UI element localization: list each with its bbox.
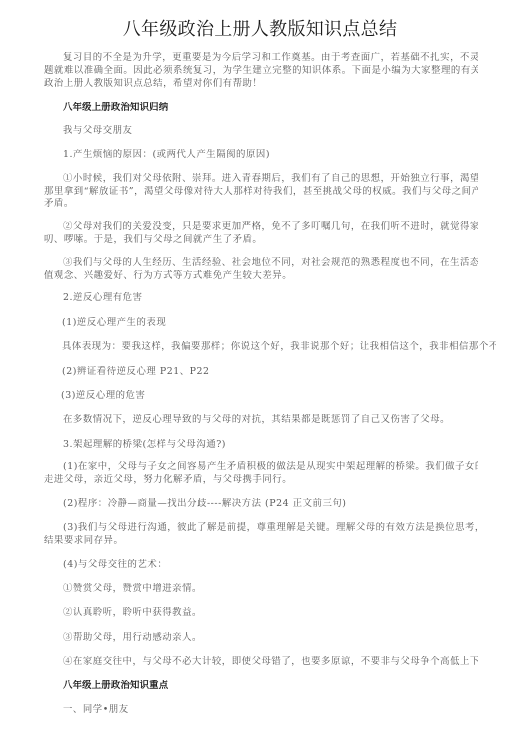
intro-line: 政治上册人教版知识点总结，希望对你们有帮助！ [44, 78, 478, 91]
unit-title: 我与父母交朋友 [63, 125, 478, 138]
text-line: (2)程序：冷静—商量—找出分歧----解决方法 (P24 正文前三句) [63, 498, 478, 511]
text-line: 矛盾。 [44, 198, 478, 211]
text-line: (3)我们与父母进行沟通，彼此了解是前提，尊重理解是关键。理解父母的有效方法是换… [63, 522, 478, 535]
sub-title: (4)与父母交往的艺术： [63, 559, 478, 572]
sub-title: (3)逆反心理的危害 [61, 390, 495, 403]
text-line: ①小时候，我们对父母依附、崇拜。进入青春期后，我们有了自己的思想，开始独立行事，… [63, 173, 478, 186]
text-line: ③我们与父母的人生经历、生活经验、社会地位不同，对社会规范的熟悉程度也不同，在生… [63, 257, 478, 270]
section-heading: 八年级上册政治知识重点 [63, 680, 478, 693]
text-line: 那里拿到“解放证书”，渴望父母像对待大人那样对待我们，甚至挑战父母的权威。我们与… [44, 186, 478, 199]
unit-title: 一、同学•朋友 [63, 704, 478, 717]
list-item: ②认真聆听，聆听中获得教益。 [63, 607, 478, 620]
text-line: (1)在家中，父母与子女之间容易产生矛盾积极的做法是从现实中架起理解的桥梁。我们… [63, 461, 478, 474]
list-item: ④在家庭交往中，与父母不必大计较，即使父母错了，也要多原谅，不要非与父母争个高低… [63, 656, 478, 669]
text-line: 在多数情况下，逆反心理导致的与父母的对抗，其结果都是既惩罚了自己又伤害了父母。 [63, 414, 478, 427]
sub-title: (1)逆反心理产生的表现 [62, 317, 496, 330]
intro-line: 复习目的不全是为升学，更重要是为今后学习和工作奠基。由于考查面广，若基础不扎实，… [63, 52, 478, 65]
list-item: ①赞赏父母，赞赏中增进亲情。 [63, 583, 478, 596]
point-title: 2.逆反心理有危害 [63, 292, 478, 305]
text-line: 结果要求同存异。 [44, 535, 478, 548]
list-item: ③帮助父母，用行动感动亲人。 [63, 632, 478, 645]
point-title: 1.产生烦恼的原因：(或两代人产生隔阂的原因) [63, 149, 478, 162]
section-heading: 八年级上册政治知识归纳 [63, 102, 478, 115]
point-title: 3.架起理解的桥梁(怎样与父母沟通?) [63, 439, 478, 452]
text-line: 走进父母，亲近父母，努力化解矛盾，与父母携手同行。 [44, 474, 478, 487]
document-page: 八年级政治上册人教版知识点总结 复习目的不全是为升学，更重要是为今后学习和工作奠… [0, 0, 520, 735]
sub-title: (2)辨证看待逆反心理 P21、P22 [62, 366, 496, 379]
text-line: ②父母对我们的关爱没变，只是要求更加严格，免不了多叮嘱几句，在我们听不进时，就觉… [63, 221, 478, 234]
text-line: 具体表现为：要我这样，我偏要那样；你说这个好，我非说那个好；让我相信这个，我非相… [62, 341, 496, 354]
intro-line: 题就难以准确全面。因此必须系统复习，为学生建立完整的知识体系。下面是小编为大家整… [44, 65, 478, 78]
document-title: 八年级政治上册人教版知识点总结 [0, 19, 520, 41]
text-line: 叨、啰嗦。于是，我们与父母之间就产生了矛盾。 [44, 234, 478, 247]
text-line: 值观念、兴趣爱好、行为方式等方式难免产生较大差异。 [44, 270, 478, 283]
